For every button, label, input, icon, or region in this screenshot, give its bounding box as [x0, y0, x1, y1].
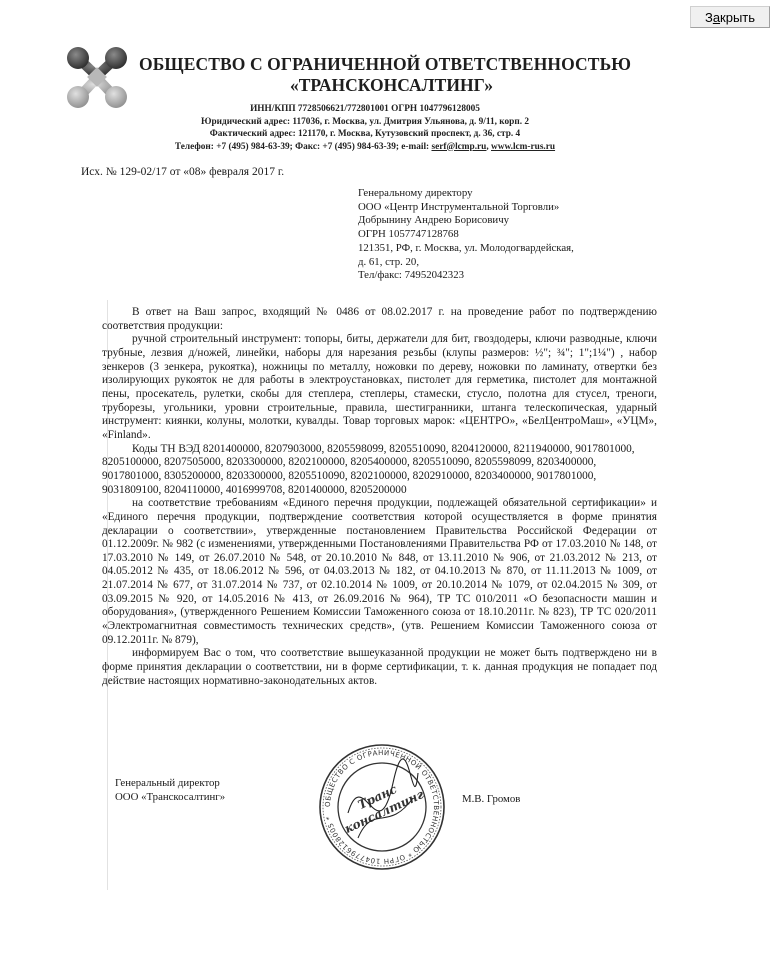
body-paragraph-conclusion: информируем Вас о том, что соответствие …	[102, 647, 657, 688]
actual-address: Фактический адрес: 121170, г. Москва, Ку…	[150, 128, 580, 141]
inn-kpp-ogrn: ИНН/КПП 7728506621/772801001 ОГРН 104779…	[150, 103, 580, 116]
letter-body: В ответ на Ваш запрос, входящий № 0486 о…	[102, 306, 657, 688]
phone-fax: Телефон: +7 (495) 984-63-39; Факс: +7 (4…	[175, 142, 432, 152]
addressee-address-2: д. 61, стр. 20,	[358, 256, 574, 270]
close-button[interactable]: Закрыть	[690, 6, 770, 28]
company-stamp-icon: ОБЩЕСТВО С ОГРАНИЧЕННОЙ ОТВЕТСТВЕННОСТЬЮ…	[318, 743, 446, 871]
close-button-label-prefix: З	[705, 10, 713, 25]
addressee-address-1: 121351, РФ, г. Москва, ул. Молодогвардей…	[358, 242, 574, 256]
website-link[interactable]: www.lcm-rus.ru	[491, 142, 555, 152]
addressee-company: ООО «Центр Инструментальной Торговли»	[358, 201, 574, 215]
body-paragraph-tn-ved-codes: Коды ТН ВЭД 8201400000, 8207903000, 8205…	[102, 443, 657, 498]
legal-address: Юридический адрес: 117036, г. Москва, ул…	[150, 116, 580, 129]
addressee-position: Генеральному директору	[358, 187, 574, 201]
body-paragraph-request: В ответ на Ваш запрос, входящий № 0486 о…	[102, 306, 657, 333]
company-name: ОБЩЕСТВО С ОГРАНИЧЕННОЙ ОТВЕТСТВЕННОСТЬЮ	[139, 54, 631, 75]
company-brand-name: «ТРАНСКОНСАЛТИНГ»	[290, 75, 493, 96]
body-paragraph-products: ручной строительный инструмент: топоры, …	[102, 333, 657, 442]
signer-name: М.В. Громов	[462, 793, 520, 805]
email-link[interactable]: serf@lcmp.ru	[431, 142, 486, 152]
company-requisites: ИНН/КПП 7728506621/772801001 ОГРН 104779…	[150, 103, 580, 153]
addressee-name: Добрынину Андрею Борисовичу	[358, 214, 574, 228]
contacts: Телефон: +7 (495) 984-63-39; Факс: +7 (4…	[150, 141, 580, 154]
signatory-company: ООО «Транскосалтинг»	[115, 791, 225, 805]
company-logo-icon	[66, 46, 128, 110]
body-paragraph-requirements: на соответствие требованиям «Единого пер…	[102, 497, 657, 647]
outgoing-reference: Исх. № 129-02/17 от «08» февраля 2017 г.	[81, 166, 284, 178]
close-button-accesskey: а	[713, 10, 720, 25]
addressee-ogrn: ОГРН 1057747128768	[358, 228, 574, 242]
addressee-block: Генеральному директору ООО «Центр Инстру…	[358, 187, 574, 283]
signatory-title: Генеральный директор ООО «Транскосалтинг…	[115, 777, 225, 804]
signatory-position: Генеральный директор	[115, 777, 225, 791]
addressee-phone: Тел/факс: 74952042323	[358, 269, 574, 283]
close-button-label-rest: крыть	[720, 10, 755, 25]
